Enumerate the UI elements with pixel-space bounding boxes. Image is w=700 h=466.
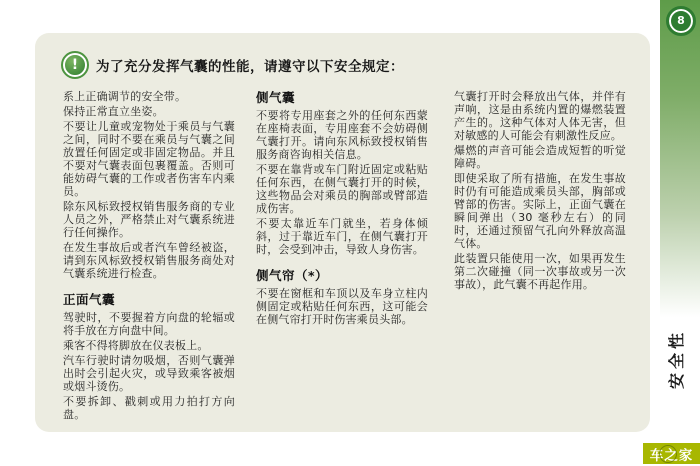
paragraph: 不要拆卸、戳刺或用力拍打方向盘。 xyxy=(63,395,235,421)
section-heading: 侧气囊 xyxy=(256,91,428,105)
chapter-number-badge: 8 xyxy=(669,9,693,33)
warning-exclamation-icon: ! xyxy=(63,53,87,77)
paragraph: 此装置只能使用一次，如果再发生第二次碰撞（同一次事故或另一次事故），此气囊不再起… xyxy=(454,252,626,291)
paragraph: 不要让儿童或宠物处于乘员与气囊之间，同时不要在乘员与气囊之间放置任何固定或非固定… xyxy=(63,120,235,198)
paragraph: 系上正确调节的安全带。 xyxy=(63,90,235,103)
paragraph: 不要将专用座套之外的任何东西蒙在座椅表面，专用座套不会妨碍侧气囊打开。请向东风标… xyxy=(256,109,428,161)
section-heading: 正面气囊 xyxy=(63,293,235,307)
page-title: 为了充分发挥气囊的性能，请遵守以下安全规定： xyxy=(96,55,404,75)
chapter-tab: 安全性 xyxy=(664,367,686,439)
section-heading: 侧气帘（*） xyxy=(256,269,428,283)
safety-notice-header: ! 为了充分发挥气囊的性能，请遵守以下安全规定： xyxy=(63,51,630,79)
manual-content-panel: ! 为了充分发挥气囊的性能，请遵守以下安全规定： 系上正确调节的安全带。保持正常… xyxy=(35,33,650,432)
watermark-label: 车之家 xyxy=(650,444,694,464)
paragraph: 不要太靠近车门就坐，若身体倾斜，过于靠近车门，在侧气囊打开时，会受到冲击，导致人… xyxy=(256,217,428,256)
paragraph: 爆燃的声音可能会造成短暂的听觉障碍。 xyxy=(454,144,626,170)
paragraph: 驾驶时，不要握着方向盘的轮辐或将手放在方向盘中间。 xyxy=(63,311,235,337)
manual-scan-page: ! 为了充分发挥气囊的性能，请遵守以下安全规定： 系上正确调节的安全带。保持正常… xyxy=(0,0,700,466)
paragraph: 不要在窗框和车顶以及车身立柱内侧固定或粘贴任何东西，这可能会在侧气帘打开时伤害乘… xyxy=(256,287,428,326)
paragraph: 除东风标致授权销售服务商的专业人员之外，严格禁止对气囊系统进行任何操作。 xyxy=(63,200,235,239)
column-2: 侧气囊不要将专用座套之外的任何东西蒙在座椅表面，专用座套不会妨碍侧气囊打开。请向… xyxy=(256,90,428,423)
column-3: 气囊打开时会释放出气体，并伴有声响，这是由系统内置的爆燃装置产生的。这种气体对人… xyxy=(454,90,626,423)
paragraph: 保持正常直立坐姿。 xyxy=(63,105,235,118)
paragraph: 汽车行驶时请勿吸烟，否则气囊弹出时会引起火灾，或导致乘客被烟或烟斗烫伤。 xyxy=(63,354,235,393)
watermark: 车之家 xyxy=(643,443,700,464)
chapter-tab-label: 安全性 xyxy=(664,367,687,389)
paragraph: 乘客不得将脚放在仪表板上。 xyxy=(63,339,235,352)
column-1: 系上正确调节的安全带。保持正常直立坐姿。不要让儿童或宠物处于乘员与气囊之间，同时… xyxy=(63,90,235,423)
chapter-spine-strip xyxy=(660,0,700,345)
text-columns: 系上正确调节的安全带。保持正常直立坐姿。不要让儿童或宠物处于乘员与气囊之间，同时… xyxy=(63,90,630,423)
paragraph: 即使采取了所有措施，在发生事故时仍有可能造成乘员头部，胸部或臂部的伤害。实际上，… xyxy=(454,172,626,250)
paragraph: 不要在靠背或车门附近固定或粘贴任何东西，在侧气囊打开的时候，这些物品会对乘员的胸… xyxy=(256,163,428,215)
paragraph: 气囊打开时会释放出气体，并伴有声响，这是由系统内置的爆燃装置产生的。这种气体对人… xyxy=(454,90,626,142)
paragraph: 在发生事故后或者汽车曾经被盗，请到东风标致授权销售服务商处对气囊系统进行检查。 xyxy=(63,241,235,280)
